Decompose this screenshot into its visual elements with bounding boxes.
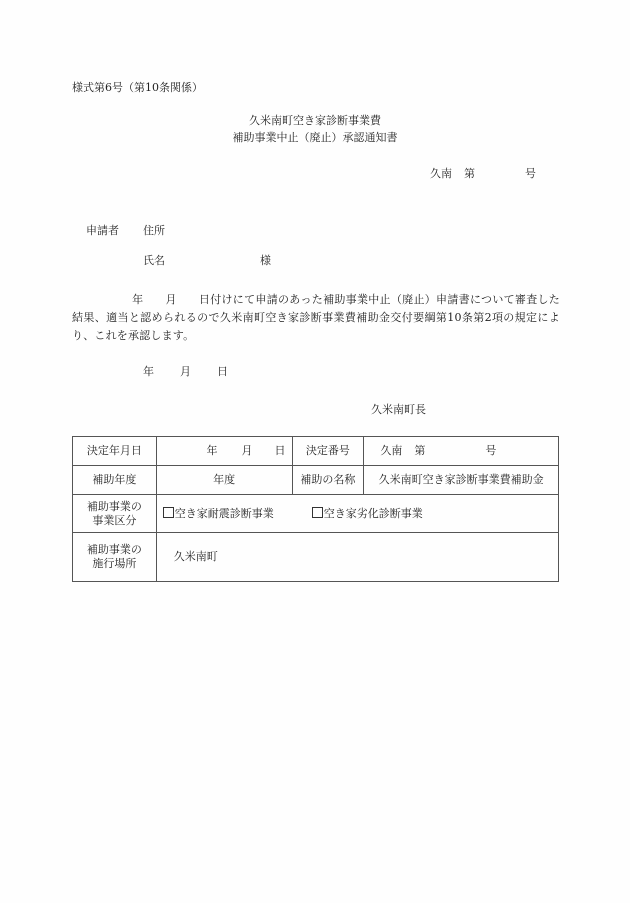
decision-date-label: 決定年月日 <box>73 437 157 466</box>
doc-number-go: 号 <box>525 168 536 179</box>
table-row: 補助事業の 事業区分 空き家耐震診断事業空き家劣化診断事業 <box>73 495 559 533</box>
issuer-name: 久米南町長 <box>371 404 426 415</box>
subsidy-name-label: 補助の名称 <box>292 466 364 495</box>
decision-number-value: 久南第号 <box>364 437 559 466</box>
option-deterioration-label: 空き家劣化診断事業 <box>324 507 423 520</box>
checkbox-deterioration[interactable] <box>312 507 323 518</box>
date-year: 年 <box>143 365 154 378</box>
decision-date-value: 年月日 <box>156 437 292 466</box>
subsidy-year-value: 年度 <box>156 466 292 495</box>
project-category-options: 空き家耐震診断事業空き家劣化診断事業 <box>156 495 558 533</box>
document-number: 久南第号 <box>430 168 536 179</box>
subsidy-name-value: 久米南町空き家診断事業費補助金 <box>364 466 559 495</box>
doc-number-dai: 第 <box>464 168 475 179</box>
notice-date: 年月日 <box>143 366 228 377</box>
applicant-label: 申請者 <box>86 225 119 236</box>
form-number: 様式第6号（第10条関係） <box>72 82 203 93</box>
project-location-value: 久米南町 <box>156 533 558 582</box>
decision-number-label: 決定番号 <box>292 437 364 466</box>
project-category-label: 補助事業の 事業区分 <box>73 495 157 533</box>
body-year: 年 <box>132 293 143 306</box>
option-seismic-label: 空き家耐震診断事業 <box>175 507 274 520</box>
name-label: 氏名 <box>143 255 165 266</box>
project-location-label: 補助事業の 施行場所 <box>73 533 157 582</box>
doc-number-prefix: 久南 <box>430 168 452 179</box>
date-month: 月 <box>180 365 191 378</box>
document-title-line2: 補助事業中止（廃止）承認通知書 <box>0 132 630 143</box>
table-row: 決定年月日 年月日 決定番号 久南第号 <box>73 437 559 466</box>
document-title-line1: 久米南町空き家診断事業費 <box>0 115 630 126</box>
table-row: 補助年度 年度 補助の名称 久米南町空き家診断事業費補助金 <box>73 466 559 495</box>
decision-info-table: 決定年月日 年月日 決定番号 久南第号 補助年度 年度 補助の名称 久米南町空き… <box>72 436 559 582</box>
body-month: 月 <box>165 293 176 306</box>
checkbox-seismic[interactable] <box>163 507 174 518</box>
table-row: 補助事業の 施行場所 久米南町 <box>73 533 559 582</box>
date-day: 日 <box>217 365 228 378</box>
body-paragraph: 日付けにて申請のあった補助事業中止（廃止）申請書について審査した結果、適当と認め… <box>72 293 560 342</box>
honorific: 様 <box>260 255 271 266</box>
subsidy-year-label: 補助年度 <box>73 466 157 495</box>
approval-body-text: 年月日付けにて申請のあった補助事業中止（廃止）申請書について審査した結果、適当と… <box>72 291 560 345</box>
address-label: 住所 <box>143 225 165 236</box>
